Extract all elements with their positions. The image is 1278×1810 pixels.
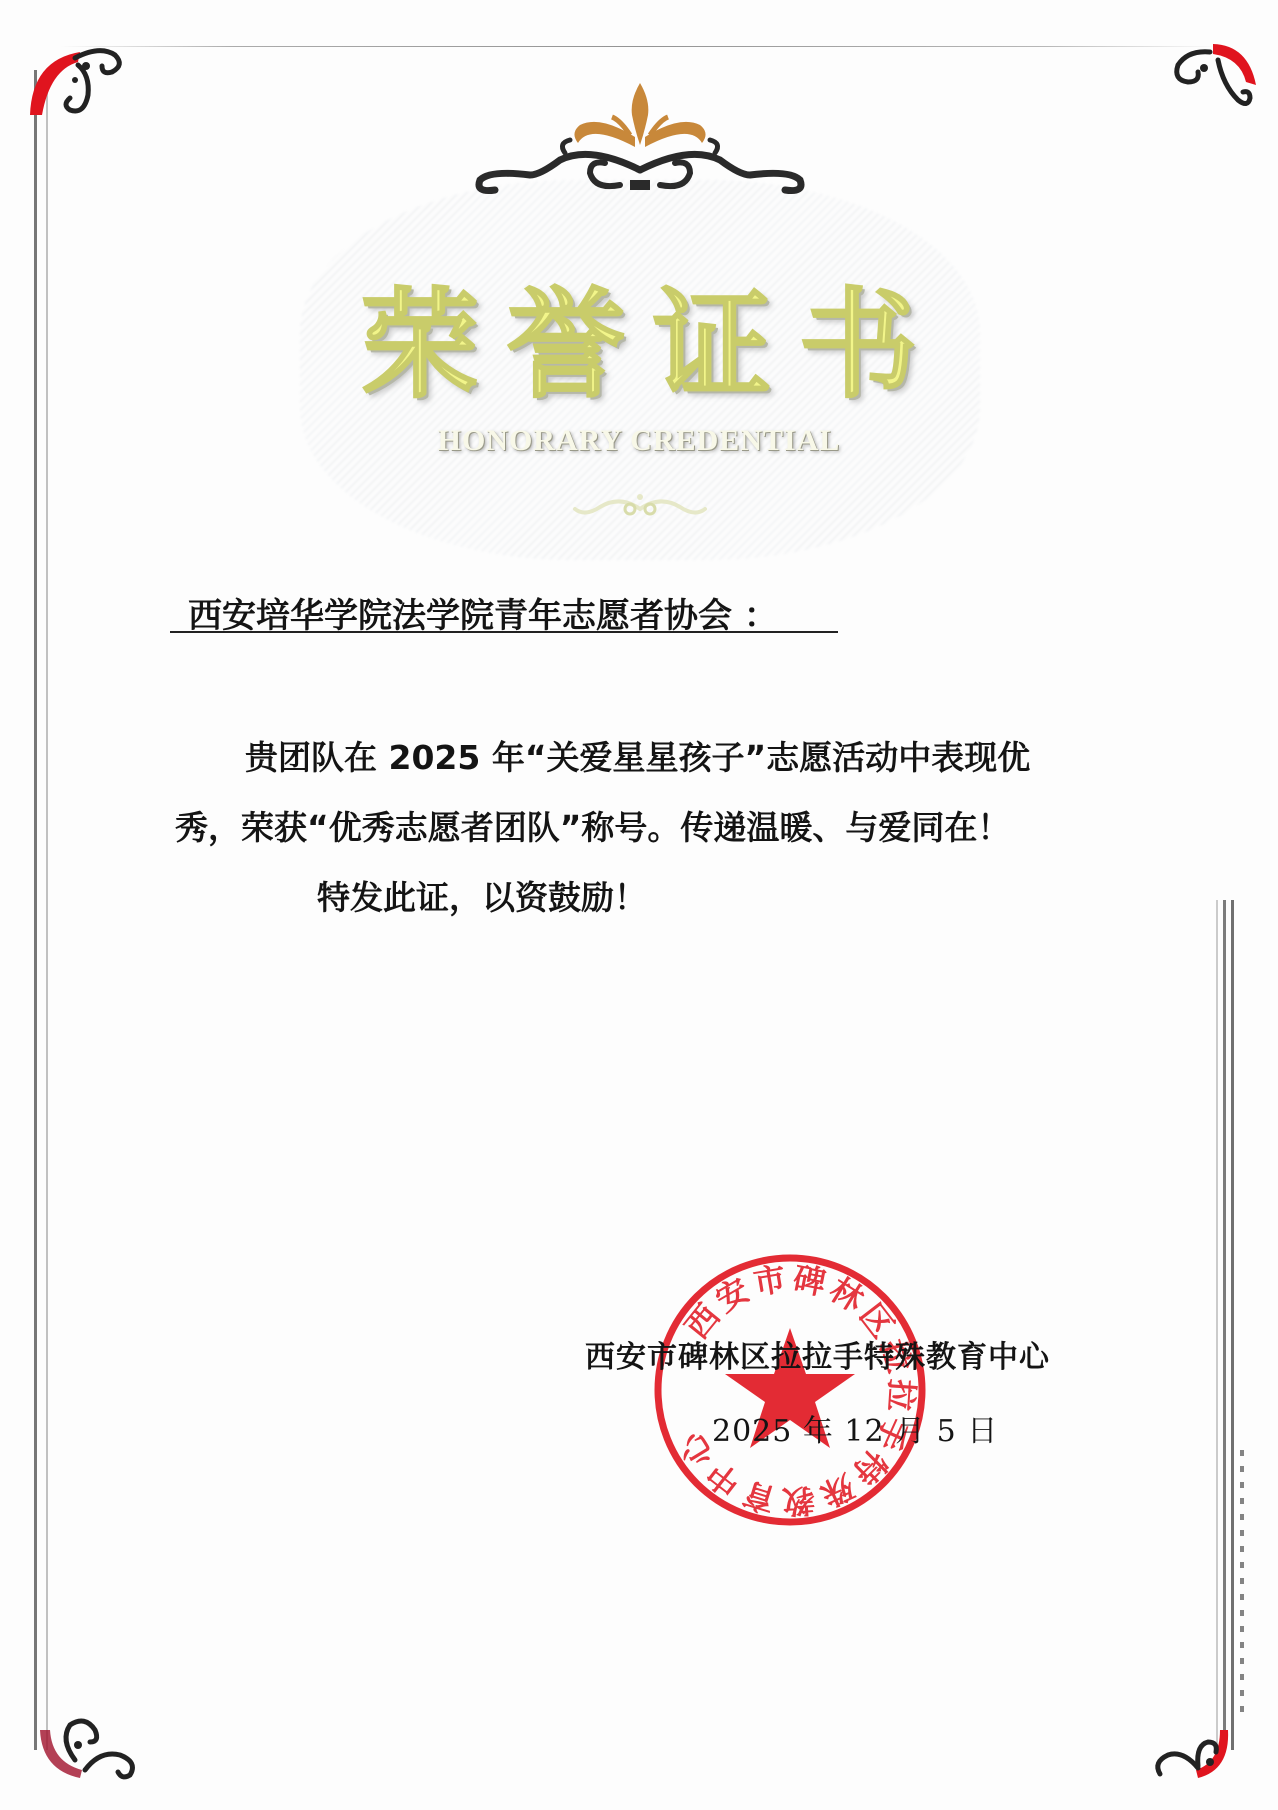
right-border-line-outer — [1231, 900, 1234, 1750]
recipient-name: 西安培华学院法学院青年志愿者协会 ： — [188, 588, 778, 637]
citation-line-2: 秀，荣获“优秀志愿者团队”称号。传递温暖、与爱同在！ — [175, 802, 1010, 849]
scroll-flourish-icon — [565, 487, 715, 527]
corner-scroll-icon — [1148, 30, 1268, 150]
official-seal: 西安市碑林区拉拉手特殊教育中心 — [650, 1250, 930, 1530]
certificate-page: 荣誉证书 HONORARY CREDENTIAL 西安培华学院法学院青年志愿者协… — [0, 0, 1278, 1810]
certificate-title: 荣誉证书 — [0, 250, 1278, 420]
right-border-line-middle — [1223, 900, 1226, 1750]
citation-line-1: 贵团队在 2025 年“关爱星星孩子”志愿活动中表现优 — [245, 732, 1030, 779]
right-border-line-inner — [1216, 900, 1218, 1750]
corner-scroll-icon — [1138, 1670, 1258, 1790]
issuer-name: 西安市碑林区拉拉手特殊教育中心 — [585, 1332, 1050, 1376]
corner-scroll-icon — [30, 1670, 150, 1790]
top-border-line — [60, 46, 1218, 47]
certificate-subtitle: HONORARY CREDENTIAL — [0, 424, 1278, 458]
corner-scroll-icon — [20, 40, 140, 160]
recipient-underline — [170, 631, 838, 633]
citation-line-3: 特发此证，以资鼓励！ — [317, 872, 647, 919]
issue-date: 2025 年 12 月 5 日 — [712, 1406, 998, 1450]
fleur-de-lis-scroll-icon — [470, 75, 810, 195]
